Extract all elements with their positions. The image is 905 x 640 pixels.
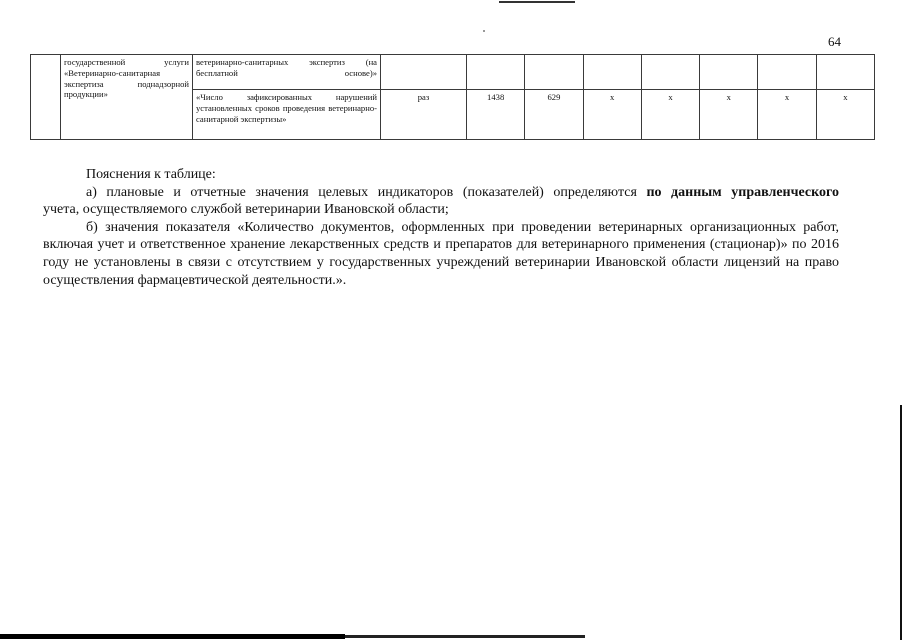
- value-cell: х: [700, 90, 758, 140]
- note-item-b: б) значения показателя «Количество докум…: [43, 219, 839, 289]
- indicator-cell: ветеринарно-санитарных экспертиз (на бес…: [193, 55, 381, 90]
- value-cell: [700, 55, 758, 90]
- value-cell: [816, 55, 874, 90]
- service-name-cell: государственной услуги «Ветеринарно-сани…: [61, 55, 193, 140]
- note-item-a: а) плановые и отчетные значения целевых …: [43, 184, 839, 202]
- table-notes: Пояснения к таблице: а) плановые и отчет…: [43, 166, 839, 289]
- row-number-cell: [31, 55, 61, 140]
- notes-heading: Пояснения к таблице:: [43, 166, 839, 184]
- value-cell: х: [583, 90, 641, 140]
- note-item-a-continued: учета, осуществляемого службой ветеринар…: [43, 201, 839, 219]
- value-cell: [758, 55, 816, 90]
- value-cell: [467, 55, 525, 90]
- unit-cell: раз: [381, 90, 467, 140]
- scan-artifact-right-edge: [900, 405, 902, 640]
- value-cell: х: [641, 90, 699, 140]
- scan-artifact-dot: [483, 30, 485, 32]
- indicator-cell: «Число зафиксированных нарушений установ…: [193, 90, 381, 140]
- value-cell: [583, 55, 641, 90]
- note-a-bold-text: по данным управленческого: [646, 185, 839, 200]
- value-cell: х: [816, 90, 874, 140]
- value-cell: [525, 55, 583, 90]
- value-cell: 1438: [467, 90, 525, 140]
- value-cell: 629: [525, 90, 583, 140]
- scan-artifact-top-line: [499, 1, 575, 3]
- note-a-text: а) плановые и отчетные значения целевых …: [86, 185, 646, 200]
- indicator-table: государственной услуги «Ветеринарно-сани…: [30, 54, 875, 140]
- unit-cell: [381, 55, 467, 90]
- scan-artifact-bottom-bar-faint: [345, 635, 585, 638]
- table-row: государственной услуги «Ветеринарно-сани…: [31, 55, 875, 90]
- scan-artifact-bottom-bar: [0, 634, 345, 639]
- value-cell: [641, 55, 699, 90]
- page-number: 64: [828, 34, 841, 50]
- value-cell: х: [758, 90, 816, 140]
